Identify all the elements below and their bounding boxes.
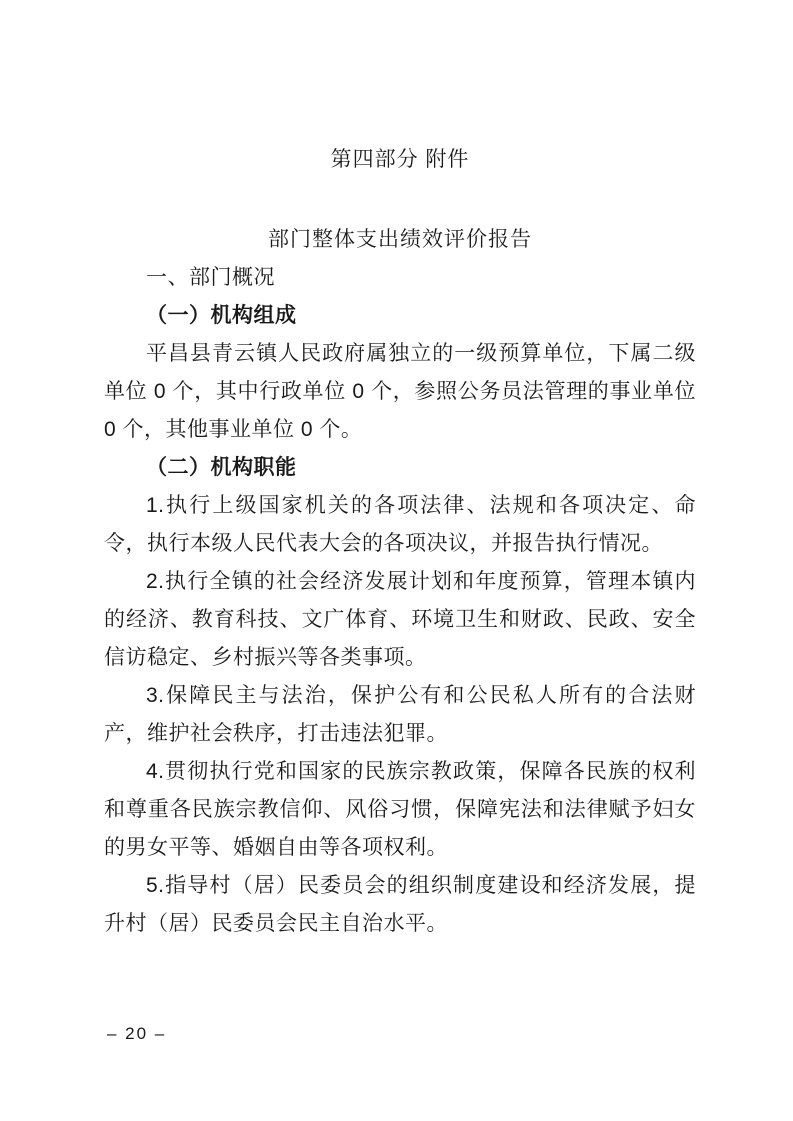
- document-page: 第四部分 附件 部门整体支出绩效评价报告 一、部门概况 （一）机构组成 平昌县青…: [0, 0, 793, 1121]
- function-item-4: 4.贯彻执行党和国家的民族宗教政策，保障各民族的权利和尊重各民族宗教信仰、风俗习…: [104, 753, 696, 867]
- function-item-2: 2.执行全镇的社会经济发展计划和年度预算，管理本镇内的经济、教育科技、文广体育、…: [104, 563, 696, 677]
- page-number: – 20 –: [107, 1022, 166, 1046]
- subsection-heading-composition: （一）机构组成: [104, 297, 696, 335]
- part-title: 第四部分 附件: [104, 141, 696, 179]
- function-item-3: 3.保障民主与法治，保护公有和公民私人所有的合法财产，维护社会秩序，打击违法犯罪…: [104, 677, 696, 753]
- function-item-5: 5.指导村（居）民委员会的组织制度建设和经济发展，提升村（居）民委员会民主自治水…: [104, 867, 696, 943]
- document-body: 第四部分 附件 部门整体支出绩效评价报告 一、部门概况 （一）机构组成 平昌县青…: [104, 141, 696, 943]
- paragraph-composition-body: 平昌县青云镇人民政府属独立的一级预算单位，下属二级单位 0 个，其中行政单位 0…: [104, 335, 696, 449]
- function-item-1: 1.执行上级国家机关的各项法律、法规和各项决定、命令，执行本级人民代表大会的各项…: [104, 487, 696, 563]
- section-heading-overview: 一、部门概况: [104, 259, 696, 297]
- subsection-heading-functions: （二）机构职能: [104, 449, 696, 487]
- report-title: 部门整体支出绩效评价报告: [104, 221, 696, 259]
